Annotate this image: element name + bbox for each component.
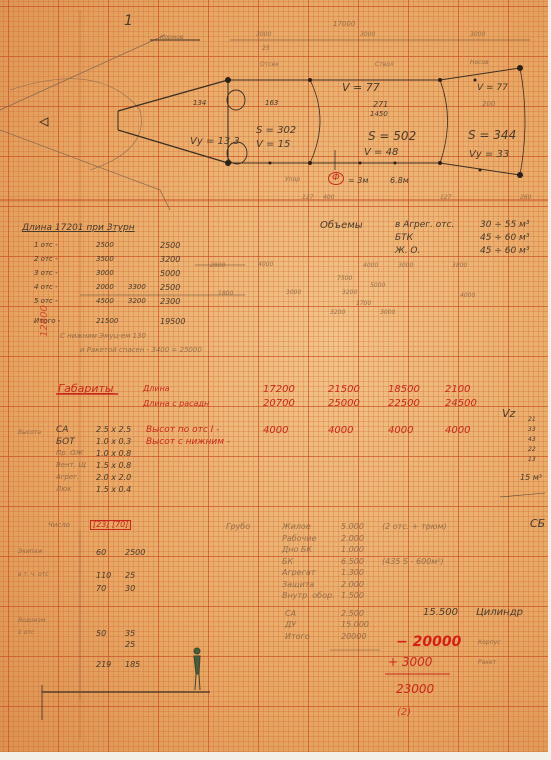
length-table-title: Длина 17201 при Зтурн [22,224,135,233]
weight-value: 2.500 [341,610,364,618]
length-row-value-a: 4500 [96,298,114,305]
volume-mid: V = 48 [364,148,398,158]
scattered-dimension: 4000 [258,262,273,268]
weight-value: 1.000 [341,546,364,554]
label-200: 200 [482,101,495,108]
equipment-label: Вент. Щ [56,462,86,469]
gabarity-length-with-value: 20700 [263,399,295,409]
crew-row-value-a: 110 [96,572,111,580]
calc-result: 23000 [396,683,434,695]
section-name-1: Отсек [260,62,279,68]
weight-label: ДУ [285,621,296,629]
volume-row-value: 45 ÷ 60 м³ [480,247,529,256]
calc-plus-label: Ракет [478,660,496,666]
volume-row-label: БТК [395,234,413,243]
label-271: 271 [373,101,388,109]
volume-row-label: в Агрег. отс. [395,221,454,230]
vz-total: 15 м³ [520,474,542,482]
weights-title: Грубо [226,523,250,531]
equipment-dims: 1.5 x 0.4 [96,486,131,494]
vz-label: Vz [502,408,515,419]
weight-label: Агрегат [282,569,315,577]
length-row-value-a: 2000 [96,284,114,291]
scattered-dimension: 5000 [370,283,385,289]
gabarity-length-with-value: 22500 [388,399,420,409]
crew-row-label: Водоизм. [18,618,47,624]
gabarity-length-value: 18500 [388,385,420,395]
crew-row-value-a: 50 [96,630,106,638]
weight-value: 2.000 [341,535,364,543]
length-row-label: 4 отс - [34,284,58,291]
scan-edge-bottom [0,752,551,760]
crew-header-label: Число [48,522,70,529]
graph-paper-sheet: 1 17000 3000 3000 3000 25 Кормов Отсек С… [0,0,551,760]
calc-minus-value: − 20000 [396,635,461,649]
length-row-value-a: 3000 [96,270,114,277]
gabarity-length-value: 21500 [328,385,360,395]
gabarity-length-value: 2100 [445,385,470,395]
length-row-value-c: 5000 [160,270,180,278]
crew-row-value-b: 25 [125,641,135,649]
length-row-value-c: 3200 [160,256,180,264]
length-row-value-c: 2500 [160,284,180,292]
equipment-note: Высот по отс I - [146,426,219,435]
volume-section-1: V = 15 [256,140,290,150]
gabarity-width-value: 4000 [388,426,413,436]
bottom-mark-2: 400 [323,195,334,201]
rotated-note: 12800 [40,305,50,337]
equipment-label: Агрег. [56,474,79,481]
equipment-label: СА [56,426,68,435]
length-row-value-a: 2500 [96,242,114,249]
weight-value: 6.500 [341,558,364,566]
weight-label: Жилое [282,523,311,531]
equipment-dims: 1.5 x 0.8 [96,462,131,470]
vz-value: 22 [528,447,536,453]
calc-plus-number: 3000 [402,655,433,669]
weight-value: 5.000 [341,523,364,531]
crew-row-value-b: 35 [125,630,135,638]
crew-row-value-b: 30 [125,585,135,593]
crew-row-label: Экипаж [18,549,43,555]
gabarity-title: Габариты [58,383,114,394]
segment-subnote: 25 [262,46,270,52]
volume-row-label: Ж. О. [395,247,420,256]
length-note-1: С нижним Эмуц-ем 130 [60,333,146,340]
length-note-2: и Ракетой спасен - 3400 = 25000 [80,347,202,354]
hull-sketch [0,0,551,760]
length-row-label: 3 отс - [34,270,58,277]
weight-label: Защита [282,581,314,589]
label-134: 134 [193,100,206,107]
crew-boxed-values: [23] [70] [90,520,131,530]
segment-length-2: 3000 [360,32,375,38]
equipment-dims: 1.0 x 0.8 [96,450,131,458]
weight-value: 1.300 [341,569,364,577]
length-row-value-b: 3200 [128,298,146,305]
keel-dim-2: 6.8м [390,177,409,185]
equipment-note: Высот с нижним - [146,438,230,447]
weight-label: СА [285,610,296,618]
crew-row-value-b: 185 [125,661,140,669]
crew-row-value-a: 219 [96,661,111,669]
crew-row-value-a: 70 [96,585,106,593]
weight-value: 15.000 [341,621,369,629]
scattered-dimension: 7500 [337,276,352,282]
calc-minus-number: 20000 [413,634,462,650]
scattered-dimension: 3000 [380,310,395,316]
keel-dim-1: = 3м [348,177,368,185]
crew-row-value-a: 60 [96,549,106,557]
scattered-dimension: 4000 [460,293,475,299]
calc-plus-value: + 3000 [388,656,432,668]
vz-value: 13 [528,457,536,463]
gabarity-length-value: 17200 [263,385,295,395]
cylinder-value: 15.500 [423,608,458,618]
bottom-mark-1: 127 [302,195,313,201]
scattered-dimension: 3200 [342,290,357,296]
segment-length-1: 3000 [256,32,271,38]
gabarity-width-value: 4000 [445,426,470,436]
weight-label: Итого [285,633,310,641]
equipment-label: БОТ [56,438,75,447]
length-row-value-a: 21500 [96,318,118,325]
scattered-dimension: 3800 [452,263,467,269]
bottom-mark-4: 260 [520,195,531,201]
weight-label: Дно БК [282,546,312,554]
weight-label: Внутр. обор. [282,592,335,600]
area-mid: S = 502 [368,130,416,142]
weight-note: (2 отс. + трюм) [382,523,447,531]
label-163: 163 [265,100,278,107]
length-row-label: 1 отс - [34,242,58,249]
section-name-3: Носов [470,60,489,66]
section-name-aft: Кормов [160,35,183,41]
weight-label: БК [282,558,293,566]
equipment-dims: 1.0 x 0.3 [96,438,131,446]
equipment-dims: 2.5 x 2.5 [96,426,131,434]
segment-length-3: 3000 [470,32,485,38]
length-row-value-c: 19500 [160,318,185,326]
gabarity-row-length-with: Длина с расадн [143,400,209,408]
crew-row-label: в т. ч. отс [18,572,49,578]
right-edge-mark: СБ [530,518,545,529]
scattered-dimension: 1800 [218,291,233,297]
length-row-label: 5 отс - [34,298,58,305]
crew-row-value-b: 25 [125,572,135,580]
cylinder-label: Цилиндр [476,608,523,618]
length-row-value-a: 3500 [96,256,114,263]
keel-note: Упор [285,177,300,183]
equipment-label: Пр. ОЖ [56,450,83,457]
calc-final: (2) [397,708,411,718]
equipment-dims: 2.0 x 2.0 [96,474,131,482]
scattered-dimension: 3000 [398,263,413,269]
bottom-mark-3: 127 [440,195,451,201]
gabarity-row-length: Длина [143,385,170,393]
gabarity-length-with-value: 25000 [328,399,360,409]
volumes-title: Объемы [320,221,363,231]
left-margin-note: Высота [18,430,41,436]
vz-value: 33 [528,427,536,433]
weight-label: Рабочие [282,535,316,543]
volume-row-value: 45 ÷ 60 м³ [480,234,529,243]
weight-value: 2.000 [341,581,364,589]
area-fwd: S = 344 [468,129,516,141]
gabarity-width-value: 4000 [328,426,353,436]
scattered-dimension: 4000 [363,263,378,269]
calc-minus-label: Корпус [478,640,501,646]
crew-row-value-b: 2500 [125,549,145,557]
weight-value: 20000 [341,633,366,641]
gabarity-width-value: 4000 [263,426,288,436]
top-dimension: 17000 [333,21,355,28]
weight-value: 1.500 [341,592,364,600]
vz-value: 43 [528,437,536,443]
length-row-value-c: 2500 [160,242,180,250]
volume-fwd: Vy = 33 [469,150,509,160]
weight-note: (435 S - 600м²) [382,558,444,566]
scattered-dimension: 3000 [286,290,301,296]
circled-symbol: Ф [328,172,344,185]
section-name-2: Ствол [375,62,394,68]
gabarity-length-with-value: 24500 [445,399,477,409]
vz-value: 21 [528,417,536,423]
area-section-1: S = 302 [256,126,296,136]
crew-row-label: 1 отс [18,630,34,636]
length-row-value-b: 3300 [128,284,146,291]
corner-mark: 1 [124,14,133,28]
volume-aft: Vy = 13.3 [190,137,240,147]
length-row-value-c: 2300 [160,298,180,306]
length-row-label: 2 отс - [34,256,58,263]
scattered-dimension: 3200 [330,310,345,316]
volume-row-value: 30 ÷ 55 м³ [480,221,529,230]
scattered-dimension: 1700 [356,301,371,307]
scattered-dimension: 2800 [210,263,225,269]
equipment-label: Люк [56,486,71,493]
label-1450: 1450 [370,111,388,118]
volume-top-fwd: V = 77 [477,84,508,93]
volume-top-mid: V = 77 [342,82,380,93]
